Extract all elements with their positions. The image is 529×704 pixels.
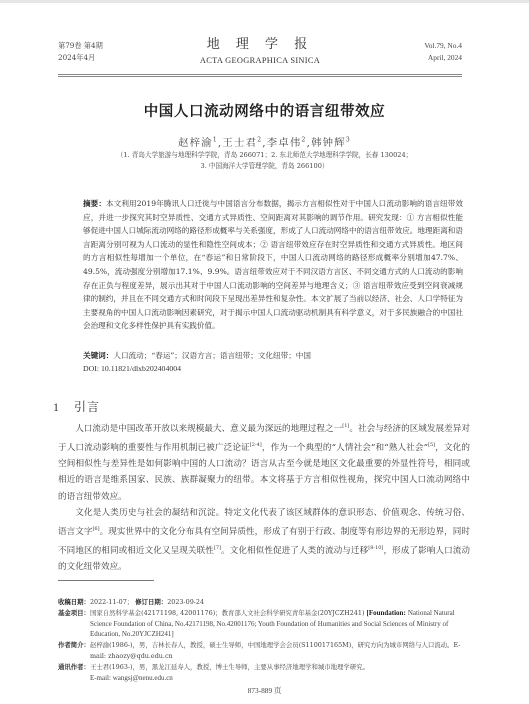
- section-heading: 1引言: [53, 398, 100, 415]
- text-run: 。文化相似性促进了人类的流动与迁移: [221, 546, 368, 556]
- citation[interactable]: [7]: [214, 545, 221, 551]
- author-affiliation-mark: 2: [302, 137, 307, 144]
- doi[interactable]: DOI: 10.11821/dlxb202404004: [83, 364, 181, 373]
- fund-label: 基金项目：: [58, 608, 90, 640]
- header-center: 地 理 学 报 ACTA GEOGRAPHICA SINICA: [58, 36, 462, 65]
- keywords: 关键词：人口流动；“春运”；汉语方言；语言纽带；文化纽带；中国: [83, 350, 463, 362]
- affiliation-line: 3. 中国海洋大学管理学院，青岛 266100）: [0, 161, 529, 172]
- revised-label: 修订日期：: [135, 598, 167, 606]
- author-bio-label: 作者简介：: [58, 640, 90, 662]
- volume-issue-en: Vol.79, No.4: [424, 40, 462, 52]
- fund-en-label: [Foundation:: [366, 609, 405, 617]
- corresponding-author: 王士君(1963-)，男，黑龙江延寿人，教授，博士生导师，主要从事经济地理学和城…: [90, 662, 474, 673]
- author-list: 赵梓渝1,王士君2,李卓伟2,韩钟辉3: [0, 134, 529, 149]
- author-bio: 赵梓渝(1986-)，男，吉林长春人，教授，硕士生导师，中国地理学会会员(S11…: [90, 640, 474, 662]
- author-name: 李卓伟: [267, 137, 302, 149]
- body-text: 人口流动是中国改革开放以来规模最大、意义最为深远的地理过程之一[1]。社会与经济…: [58, 418, 470, 575]
- received-date: 2022-11-07；: [90, 598, 133, 606]
- affiliation-line: （1. 青岛大学旅游与地理科学学院，青岛 266071；2. 东北师范大学地理科…: [0, 150, 529, 161]
- footnote-rule: [58, 580, 154, 581]
- footnote-fund: 基金项目： 国家自然科学基金(42171198, 42001176)；教育部人文…: [58, 608, 474, 640]
- keywords-text: 人口流动；“春运”；汉语方言；语言纽带；文化纽带；中国: [113, 351, 311, 360]
- author-affiliation-mark: 1: [213, 137, 218, 144]
- article-title: 中国人口流动网络中的语言纽带效应: [0, 100, 529, 121]
- text-run: 人口流动是中国改革开放以来规模最大、意义最为深远的地理过程之一: [75, 424, 342, 434]
- abstract-label: 摘要：: [83, 199, 106, 208]
- author-affiliation-mark: 2: [257, 137, 262, 144]
- citation[interactable]: [8-10]: [368, 545, 383, 551]
- text-run: ，作为一个典型的“人情社会”和“熟人社会”: [262, 443, 428, 453]
- journal-name-en: ACTA GEOGRAPHICA SINICA: [58, 56, 462, 65]
- footnote-author: 作者简介： 赵梓渝(1986-)，男，吉林长春人，教授，硕士生导师，中国地理学会…: [58, 640, 474, 662]
- corresponding-email[interactable]: E-mail: wangsj@nenu.edu.cn: [90, 673, 474, 684]
- section-number: 1: [53, 400, 60, 414]
- keywords-label: 关键词：: [83, 351, 113, 360]
- footnotes: 收稿日期：2022-11-07； 修订日期：2023-09-24 基金项目： 国…: [58, 597, 474, 683]
- corresponding-label: 通讯作者：: [58, 662, 90, 684]
- author-affiliation-mark: 3: [346, 137, 351, 144]
- paragraph: 文化是人类历史与社会的凝结和沉淀。特定文化代表了该区域群体的意识形态、价值观念、…: [58, 505, 470, 576]
- journal-name-cn: 地 理 学 报: [58, 36, 462, 54]
- paragraph: 人口流动是中国改革开放以来规模最大、意义最为深远的地理过程之一[1]。社会与经济…: [58, 418, 470, 505]
- revised-date: 2023-09-24: [167, 598, 204, 606]
- abstract-text: 本文利用2019年腾讯人口迁徙与中国语言分布数据，揭示方言相似性对于中国人口流动…: [83, 199, 463, 330]
- fund-cn: 国家自然科学基金(42171198, 42001176)；教育部人文社会科学研究…: [90, 609, 364, 617]
- citation[interactable]: [2-4]: [250, 442, 262, 448]
- footnote-corresponding: 通讯作者： 王士君(1963-)，男，黑龙江延寿人，教授，博士生导师，主要从事经…: [58, 662, 474, 684]
- journal-header: 第79卷 第4期 2024年4月 地 理 学 报 ACTA GEOGRAPHIC…: [58, 36, 462, 76]
- section-title: 引言: [74, 400, 100, 414]
- date-en: April, 2024: [424, 52, 462, 64]
- affiliations: （1. 青岛大学旅游与地理科学学院，青岛 266071；2. 东北师范大学地理科…: [0, 150, 529, 172]
- citation[interactable]: [6]: [92, 526, 99, 532]
- header-double-rule: [58, 74, 462, 77]
- header-right: Vol.79, No.4 April, 2024: [424, 40, 462, 64]
- top-border: [0, 0, 529, 3]
- abstract: 摘要：本文利用2019年腾讯人口迁徙与中国语言分布数据，揭示方言相似性对于中国人…: [83, 197, 463, 333]
- author-name: 王士君: [222, 137, 257, 149]
- footnote-dates: 收稿日期：2022-11-07； 修订日期：2023-09-24: [58, 597, 474, 608]
- received-label: 收稿日期：: [58, 598, 90, 606]
- author-name: 赵梓渝: [178, 137, 213, 149]
- author-name: 韩钟辉: [311, 137, 346, 149]
- page-range: 873-889 页: [0, 685, 529, 696]
